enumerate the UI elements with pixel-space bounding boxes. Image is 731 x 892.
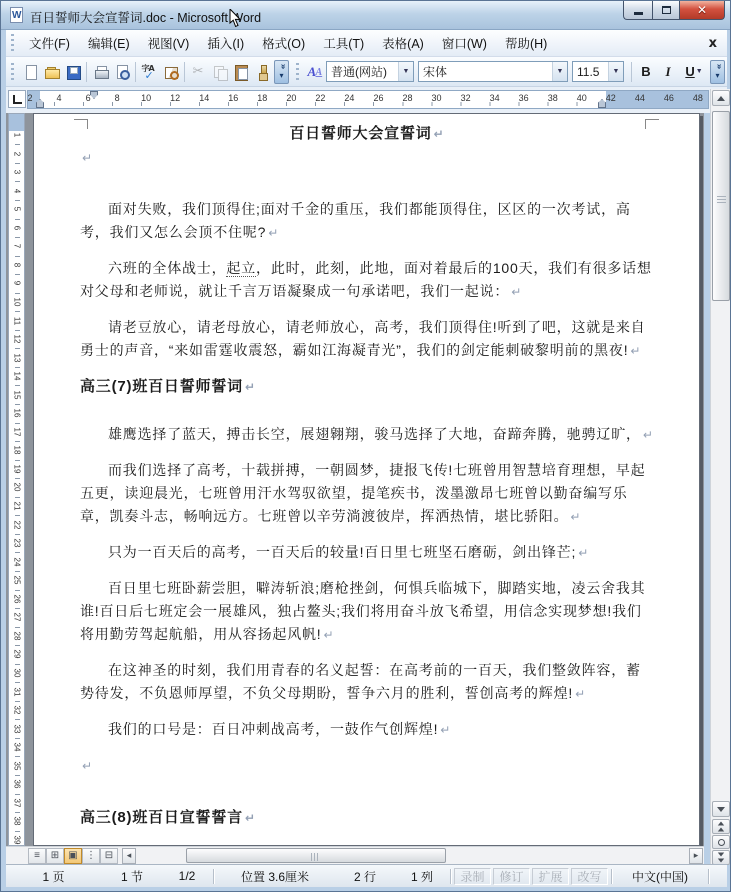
copy-icon (212, 64, 228, 80)
paragraph-mark-icon: ↵ (245, 380, 255, 394)
ruler-number: 16 (228, 93, 238, 103)
ruler-tick (15, 181, 20, 182)
document-area: 1234567891011121314151617181920212223242… (6, 113, 704, 846)
paragraph-0[interactable]: 百日誓师大会宣誓词↵ (80, 122, 653, 146)
vertical-scrollbar[interactable] (710, 89, 730, 864)
underline-label: U (685, 64, 694, 79)
ruler-tick (15, 794, 20, 795)
view-buttons: ≡⊞▣⋮⊟ (28, 848, 118, 864)
ruler-number: 10 (12, 297, 21, 306)
paragraph-10[interactable]: 在这神圣的时刻，我们用青春的名义起誓：在高考前的一百天，我们整敛阵容，蓄势待发，… (80, 659, 653, 706)
ruler-number: 20 (286, 93, 296, 103)
ruler-number: 23 (12, 539, 21, 548)
maximize-icon (662, 6, 671, 14)
ruler-number: 32 (12, 706, 21, 715)
status-mode-修订[interactable]: 修订 (493, 868, 530, 885)
text-run: 高三(7)班百日誓师誓词 (80, 378, 243, 395)
ruler-tick (15, 237, 20, 238)
status-mode-扩展[interactable]: 扩展 (532, 868, 569, 885)
ruler-number: 48 (693, 93, 703, 103)
ruler-tick (15, 385, 20, 386)
text-run: 高三(8)班百日宣誓誓言 (80, 809, 243, 826)
ruler-number: 10 (141, 93, 151, 103)
ruler-number: 30 (432, 93, 442, 103)
italic-label: I (665, 64, 670, 80)
ruler-tick (15, 311, 20, 312)
menu-items: 文件(F)编辑(E)视图(V)插入(I)格式(O)工具(T)表格(A)窗口(W)… (20, 30, 556, 56)
status-language: 中文(中国) (614, 868, 706, 885)
bold-button[interactable]: B (635, 61, 657, 83)
ruler-number: 38 (548, 93, 558, 103)
menu-item-7[interactable]: 窗口(W) (433, 30, 496, 56)
ruler-number: 12 (12, 335, 21, 344)
horizontal-scrollbar-thumb[interactable] (186, 848, 446, 863)
status-separator (708, 869, 709, 884)
toolbar-separator (135, 62, 136, 82)
text-run: 百日里七班卧薪尝胆，噼涛斩浪;磨枪挫剑，何惧兵临城下，脚踏实地，凌云舍我其谁!百… (80, 580, 646, 642)
ruler-tick (15, 775, 20, 776)
paragraph-12[interactable]: ↵ (80, 754, 653, 777)
paragraph-2[interactable]: 面对失败，我们顶得住;面对千金的重压，我们都能顶得住，区区的一次考试，高考，我们… (80, 198, 653, 245)
close-icon: ✕ (697, 4, 707, 16)
paragraph-mark-icon: ↵ (630, 344, 640, 358)
ruler-number: 13 (12, 353, 21, 362)
menu-item-4[interactable]: 格式(O) (253, 30, 314, 56)
spelling-icon (142, 64, 158, 80)
document-page[interactable]: 百日誓师大会宣誓词↵↵面对失败，我们顶得住;面对千金的重压，我们都能顶得住，区区… (33, 113, 700, 846)
toolbar-options-chevron[interactable] (710, 60, 725, 84)
styles-and-formatting-button[interactable] (305, 61, 326, 83)
ruler-tick (15, 719, 20, 720)
status-section: 1 节 (101, 868, 163, 885)
web-layout-view-button[interactable]: ⊞ (46, 848, 64, 864)
ruler-number: 24 (344, 93, 354, 103)
text-run: 我们的口号是：百日冲刺战高考，一鼓作气创辉煌! (108, 721, 438, 737)
text-run: 请老豆放心，请老母放心，请老师放心，高考，我们顶得住!听到了吧，这就是来自勇士的… (80, 319, 646, 358)
ruler-number: 4 (57, 93, 62, 103)
double-arrow-up-icon (717, 821, 725, 832)
ruler-tick (15, 756, 20, 757)
chevron-down-icon[interactable]: ▼ (608, 62, 623, 81)
ruler-number: 31 (12, 687, 21, 696)
menu-item-8[interactable]: 帮助(H) (496, 30, 556, 56)
toolbar-grip[interactable] (10, 34, 15, 52)
ruler-tick (15, 738, 20, 739)
ruler-tick (15, 627, 20, 628)
ruler-number: 36 (12, 780, 21, 789)
ruler-number: 34 (12, 743, 21, 752)
ruler-tick (15, 274, 20, 275)
ruler-tick (15, 831, 20, 832)
ruler-number: 11 (12, 316, 21, 324)
ruler-tick (15, 534, 20, 535)
format-painter-button[interactable] (251, 61, 272, 83)
menu-item-5[interactable]: 工具(T) (314, 30, 373, 56)
ruler-number: 28 (403, 93, 413, 103)
document-text: 百日誓师大会宣誓词↵↵面对失败，我们顶得住;面对千金的重压，我们都能顶得住，区区… (34, 114, 699, 830)
status-page-of-total: 1/2 (163, 869, 211, 883)
paragraph-7[interactable]: 而我们选择了高考，十载拼搏，一朝圆梦，捷报飞传!七班曾用智慧培育理想，早起五更，… (80, 459, 653, 529)
copy-button[interactable] (209, 61, 230, 83)
minimize-button[interactable] (623, 1, 652, 20)
next-page-button[interactable] (712, 850, 730, 865)
new-document-button[interactable] (20, 61, 41, 83)
ruler-number: 21 (12, 502, 21, 511)
previous-page-button[interactable] (712, 819, 730, 834)
paragraph-6[interactable]: 雄鹰选择了蓝天，搏击长空，展翅翱翔，骏马选择了大地，奋蹄奔腾，驰骋辽旷，↵ (80, 423, 653, 447)
research-button[interactable] (160, 61, 181, 83)
ruler-number: 38 (12, 817, 21, 826)
status-bar: 1 页 1 节 1/2 位置 3.6厘米 2 行 1 列 录制修订扩展改写 中文… (6, 864, 727, 887)
text-run: 只为一百天后的高考，一百天后的较量!百日里七班坚石磨砺，剑出锋芒; (108, 544, 576, 560)
ruler-tick (15, 348, 20, 349)
ruler-tick (15, 590, 20, 591)
scroll-down-button[interactable] (712, 801, 730, 817)
ruler-tick (15, 497, 20, 498)
ruler-tick (15, 608, 20, 609)
ruler-number: 9 (12, 281, 21, 285)
paragraph-mark-icon: ↵ (570, 510, 580, 524)
document-close-button[interactable]: x (709, 37, 717, 50)
ruler-tick (15, 682, 20, 683)
ruler-number: 46 (664, 93, 674, 103)
ruler-number: 35 (12, 761, 21, 770)
paragraph-mark-icon: ↵ (82, 759, 92, 773)
ruler-number: 18 (257, 93, 267, 103)
ruler-tick (15, 478, 20, 479)
print-icon (93, 64, 109, 80)
margin-crop-mark (645, 119, 659, 129)
chevron-down-icon: ▼ (696, 68, 703, 75)
vertical-ruler[interactable]: 1234567891011121314151617181920212223242… (8, 113, 25, 846)
save-icon (65, 64, 81, 80)
paragraph-9[interactable]: 百日里七班卧薪尝胆，噼涛斩浪;磨枪挫剑，何惧兵临城下，脚踏实地，凌云舍我其谁!百… (80, 577, 653, 647)
paragraph-8[interactable]: 只为一百天后的高考，一百天后的较量!百日里七班坚石磨砺，剑出锋芒;↵ (80, 541, 653, 565)
ruler-number: 29 (12, 650, 21, 659)
paragraph-mark-icon: ↵ (578, 546, 588, 560)
paragraph-mark-icon: ↵ (511, 285, 521, 299)
titlebar[interactable]: 百日誓师大会宣誓词.doc - Microsoft Word ✕ (1, 1, 731, 30)
standard-toolbar-grip[interactable] (10, 63, 15, 81)
arrow-up-icon (717, 96, 725, 101)
menu-item-6[interactable]: 表格(A) (373, 30, 433, 56)
ruler-tick (15, 460, 20, 461)
ruler-number: 37 (12, 798, 21, 807)
ruler-number: 14 (12, 372, 21, 381)
ruler-number: 15 (12, 390, 21, 399)
reading-layout-view-button[interactable]: ⊟ (100, 848, 118, 864)
style-value: 普通(网站) (327, 63, 398, 80)
ruler-number: 17 (12, 427, 21, 436)
paragraph-mark-icon: ↵ (82, 151, 92, 165)
ruler-tick (15, 367, 20, 368)
ruler-number: 3 (12, 170, 21, 174)
ruler-tick (15, 571, 20, 572)
menu-bar: 文件(F)编辑(E)视图(V)插入(I)格式(O)工具(T)表格(A)窗口(W)… (6, 30, 727, 57)
ruler-number: 30 (12, 668, 21, 677)
paragraph-mark-icon: ↵ (440, 723, 450, 737)
horizontal-scrollbar[interactable]: ≡⊞▣⋮⊟ ◂ ▸ (6, 846, 704, 864)
status-line: 2 行 (334, 868, 396, 885)
ruler-number: 22 (12, 520, 21, 529)
ruler-number: 4 (12, 188, 21, 192)
paragraph-4[interactable]: 请老豆放心，请老母放心，请老师放心，高考，我们顶得住!听到了吧，这就是来自勇士的… (80, 316, 653, 363)
ruler-tick (15, 200, 20, 201)
close-button[interactable]: ✕ (680, 1, 725, 20)
status-modes: 录制修订扩展改写 (453, 868, 609, 885)
horizontal-ruler[interactable]: 2468101214161820222426283032343638404244… (27, 90, 709, 109)
minimize-icon (634, 12, 643, 15)
ruler-number: 6 (12, 226, 21, 230)
toolbar-options-chevron[interactable] (274, 60, 289, 84)
status-column: 1 列 (396, 868, 448, 885)
ruler-number: 26 (373, 93, 383, 103)
spelling-button[interactable] (139, 61, 160, 83)
underline-button[interactable]: U▼ (679, 61, 709, 83)
word-window: 百日誓师大会宣誓词.doc - Microsoft Word ✕ 文件(F)编辑… (0, 0, 731, 892)
text-run: 百日誓师大会宣誓词 (289, 125, 431, 142)
ruler-number: 6 (86, 93, 91, 103)
ruler-number: 19 (12, 464, 21, 473)
word-app-icon (10, 7, 23, 23)
ruler-tick (15, 441, 20, 442)
menu-item-0[interactable]: 文件(F) (20, 30, 79, 56)
ruler-number: 22 (315, 93, 325, 103)
chevron-down-icon[interactable]: ▼ (552, 62, 567, 81)
font-size-value: 11.5 (573, 65, 608, 79)
ruler-number: 14 (199, 93, 209, 103)
ruler-number: 8 (115, 93, 120, 103)
new-document-icon (23, 64, 39, 80)
ruler-number: 18 (12, 446, 21, 455)
text-run: 雄鹰选择了蓝天，搏击长空，展翅翱翔，骏马选择了大地，奋蹄奔腾，驰骋辽旷， (108, 426, 641, 442)
margin-crop-mark (74, 119, 88, 129)
outline-view-button[interactable]: ⋮ (82, 848, 100, 864)
ruler-number: 5 (12, 207, 21, 211)
ruler-number: 20 (12, 483, 21, 492)
font-size-combo[interactable]: 11.5 ▼ (572, 61, 624, 82)
toolbar-separator (184, 62, 185, 82)
ruler-tick (15, 144, 20, 145)
ruler-tick (15, 552, 20, 553)
status-mode-改写[interactable]: 改写 (571, 868, 608, 885)
paragraph-3[interactable]: 六班的全体战士，起立，此时，此刻，此地，面对着最后的100天，我们有很多话想对父… (80, 257, 653, 304)
ruler-number: 8 (12, 263, 21, 267)
ruler-number: 2 (27, 93, 32, 103)
double-arrow-down-icon (717, 852, 725, 863)
paragraph-5[interactable]: 高三(7)班百日誓师誓词↵ (80, 375, 653, 399)
ruler-number: 12 (170, 93, 180, 103)
status-separator (213, 869, 214, 884)
ruler-tick (15, 701, 20, 702)
text-run: 面对失败，我们顶得住;面对千金的重压，我们都能顶得住，区区的一次考试，高考，我们… (80, 201, 631, 240)
status-position: 位置 3.6厘米 (216, 868, 334, 885)
ruler-tick (15, 423, 20, 424)
text-run: 起立 (226, 260, 256, 277)
paragraph-mark-icon: ↵ (434, 127, 444, 141)
bold-label: B (641, 64, 650, 79)
window-title: 百日誓师大会宣誓词.doc - Microsoft Word (30, 8, 261, 26)
text-run: 六班的全体战士， (108, 260, 226, 276)
font-value: 宋体 (419, 63, 552, 80)
toolbar-separator (631, 62, 632, 82)
ruler-tick (15, 330, 20, 331)
paragraph-mark-icon: ↵ (324, 628, 334, 642)
select-browse-object-button[interactable] (712, 835, 730, 849)
browse-object-icon (718, 839, 725, 846)
ruler-tick (15, 293, 20, 294)
caption-buttons: ✕ (623, 1, 725, 20)
formatting-toolbar-grip[interactable] (295, 63, 300, 81)
ruler-number: 24 (12, 557, 21, 566)
ruler-tick (15, 812, 20, 813)
tab-stop-selector[interactable] (8, 90, 26, 108)
paragraph-mark-icon: ↵ (268, 226, 278, 240)
toolbar-row: 普通(网站) ▼ 宋体 ▼ 11.5 ▼ B I U▼ (6, 57, 727, 87)
scroll-up-button[interactable] (712, 90, 730, 106)
text-run: 而我们选择了高考，十载拼搏，一朝圆梦，捷报飞传!七班曾用智慧培育理想，早起五更，… (80, 462, 646, 524)
status-page: 1 页 (6, 868, 101, 885)
ruler-number: 28 (12, 631, 21, 640)
mouse-cursor (229, 9, 242, 28)
ruler-number: 44 (635, 93, 645, 103)
arrow-down-icon (717, 807, 725, 812)
paragraph-11[interactable]: 我们的口号是：百日冲刺战高考，一鼓作气创辉煌!↵ (80, 718, 653, 742)
italic-button[interactable]: I (657, 61, 679, 83)
print-button[interactable] (90, 61, 111, 83)
ruler-number: 1 (12, 133, 21, 137)
menu-item-2[interactable]: 视图(V) (139, 30, 199, 56)
style-combo[interactable]: 普通(网站) ▼ (326, 61, 414, 82)
ruler-number: 40 (577, 93, 587, 103)
status-mode-录制[interactable]: 录制 (454, 868, 491, 885)
ruler-tick (15, 163, 20, 164)
styles-formatting-icon (308, 64, 324, 80)
maximize-button[interactable] (652, 1, 680, 20)
chevron-down-icon[interactable]: ▼ (398, 62, 413, 81)
ruler-tick (15, 515, 20, 516)
cut-icon (191, 64, 207, 80)
open-button[interactable] (41, 61, 62, 83)
ruler-number: 2 (12, 151, 21, 155)
print-layout-view-button[interactable]: ▣ (64, 848, 82, 864)
normal-view-button[interactable]: ≡ (28, 848, 46, 864)
toolbar-separator (86, 62, 87, 82)
print-preview-icon (114, 64, 130, 80)
ruler-tick (15, 404, 20, 405)
paragraph-mark-icon: ↵ (575, 687, 585, 701)
paragraph-1[interactable]: ↵ (80, 146, 653, 169)
research-icon (163, 64, 179, 80)
vertical-scrollbar-thumb[interactable] (712, 111, 730, 301)
ruler-number: 7 (12, 244, 21, 248)
cut-button[interactable] (188, 61, 209, 83)
standard-toolbar (20, 61, 272, 83)
ruler-number: 25 (12, 576, 21, 585)
status-separator (611, 869, 612, 884)
ruler-tick (15, 645, 20, 646)
text-run: 在这神圣的时刻，我们用青春的名义起誓：在高考前的一百天，我们整敛阵容，蓄势待发，… (80, 662, 641, 701)
ruler-number: 32 (461, 93, 471, 103)
ruler-tick (15, 664, 20, 665)
paste-icon (233, 64, 249, 80)
ruler-tick (15, 219, 20, 220)
paragraph-mark-icon: ↵ (245, 811, 255, 825)
ruler-number: 27 (12, 613, 21, 622)
menu-item-3[interactable]: 插入(I) (198, 30, 253, 56)
paste-button[interactable] (230, 61, 251, 83)
save-button[interactable] (62, 61, 83, 83)
ruler-number: 34 (490, 93, 500, 103)
format-painter-icon (254, 64, 270, 80)
open-icon (44, 64, 60, 80)
paragraph-13[interactable]: 高三(8)班百日宣誓誓言↵ (80, 806, 653, 830)
ruler-number: 33 (12, 724, 21, 733)
scroll-right-button[interactable]: ▸ (689, 848, 703, 864)
scroll-left-button[interactable]: ◂ (122, 848, 136, 864)
document-canvas: 百日誓师大会宣誓词↵↵面对失败，我们顶得住;面对千金的重压，我们都能顶得住，区区… (27, 113, 704, 846)
ruler-number: 16 (12, 409, 21, 418)
ruler-tick (15, 256, 20, 257)
paragraph-mark-icon: ↵ (643, 428, 653, 442)
ruler-number: 36 (519, 93, 529, 103)
menu-item-1[interactable]: 编辑(E) (79, 30, 139, 56)
ruler-number: 39 (12, 835, 21, 844)
ruler-number: 42 (606, 93, 616, 103)
ruler-row: 2468101214161820222426283032343638404244… (6, 87, 727, 113)
ruler-number: 26 (12, 594, 21, 603)
status-separator (450, 869, 451, 884)
font-combo[interactable]: 宋体 ▼ (418, 61, 568, 82)
print-preview-button[interactable] (111, 61, 132, 83)
